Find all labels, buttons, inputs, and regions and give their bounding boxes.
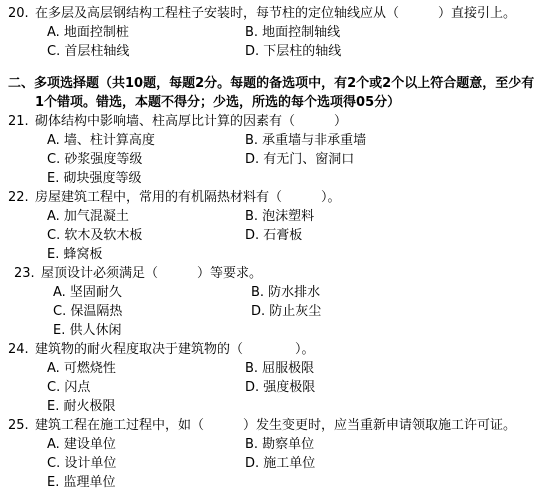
- exam-document: 20.在多层及高层钢结构工程柱子安装时，每节柱的定位轴线应从（ ）直接引上。A.…: [0, 0, 555, 492]
- option-a: A. 加气混凝土: [47, 207, 245, 226]
- question-stem-line: 23.屋顶设计必须满足（ ）等要求。: [14, 264, 551, 283]
- question-stem-line: 21.砌体结构中影响墙、柱高厚比计算的因素有（ ）: [8, 112, 551, 131]
- option-c: C. 软木及软木板: [47, 226, 245, 245]
- question-number: 25.: [8, 416, 35, 435]
- option-e: E. 砌块强度等级: [47, 169, 245, 188]
- question-25: 25.建筑工程在施工过程中，如（ ）发生变更时，应当重新申请领取施工许可证。A.…: [8, 416, 551, 492]
- question-22: 22.房屋建筑工程中，常用的有机隔热材料有（ ）。A. 加气混凝土B. 泡沫塑料…: [8, 188, 551, 264]
- question-number: 22.: [8, 188, 35, 207]
- question-21: 21.砌体结构中影响墙、柱高厚比计算的因素有（ ）A. 墙、柱计算高度B. 承重…: [8, 112, 551, 188]
- option-e: E. 供人休闲: [53, 321, 251, 340]
- option-e: E. 耐火极限: [47, 397, 245, 416]
- question-stem: 建筑物的耐火程度取决于建筑物的（ ）。: [35, 340, 315, 359]
- question-stem-line: 25.建筑工程在施工过程中，如（ ）发生变更时，应当重新申请领取施工许可证。: [8, 416, 551, 435]
- question-number: 24.: [8, 340, 35, 359]
- option-a: A. 地面控制桩: [47, 23, 245, 42]
- option-b: B. 屈服极限: [245, 359, 314, 378]
- section-header-line: 二、多项选择题（共10题，每题2分。每题的备选项中，有2个或2个以上符合题意，至…: [8, 74, 551, 93]
- option-b: B. 防水排水: [251, 283, 320, 302]
- option-d: D. 有无门、窗洞口: [245, 150, 354, 169]
- option-row: C. 闪点D. 强度极限: [8, 378, 551, 397]
- question-number: 20.: [8, 4, 35, 23]
- option-row: A. 可燃烧性B. 屈服极限: [8, 359, 551, 378]
- option-row: C. 砂浆强度等级D. 有无门、窗洞口: [8, 150, 551, 169]
- question-stem: 建筑工程在施工过程中，如（ ）发生变更时，应当重新申请领取施工许可证。: [35, 416, 516, 435]
- option-row: A. 墙、柱计算高度B. 承重墙与非承重墙: [8, 131, 551, 150]
- question-23: 23.屋顶设计必须满足（ ）等要求。A. 坚固耐久B. 防水排水C. 保温隔热D…: [8, 264, 551, 340]
- option-c: C. 设计单位: [47, 454, 245, 473]
- question-stem: 在多层及高层钢结构工程柱子安装时，每节柱的定位轴线应从（ ）直接引上。: [35, 4, 516, 23]
- option-c: C. 保温隔热: [53, 302, 251, 321]
- option-row: A. 坚固耐久B. 防水排水: [14, 283, 551, 302]
- option-row: C. 首层柱轴线D. 下层柱的轴线: [8, 42, 551, 61]
- option-row: E. 监理单位: [8, 473, 551, 492]
- option-row: E. 耐火极限: [8, 397, 551, 416]
- question-stem-line: 22.房屋建筑工程中，常用的有机隔热材料有（ ）。: [8, 188, 551, 207]
- question-stem-line: 24.建筑物的耐火程度取决于建筑物的（ ）。: [8, 340, 551, 359]
- option-a: A. 墙、柱计算高度: [47, 131, 245, 150]
- option-b: B. 勘察单位: [245, 435, 314, 454]
- question-24: 24.建筑物的耐火程度取决于建筑物的（ ）。A. 可燃烧性B. 屈服极限C. 闪…: [8, 340, 551, 416]
- option-b: B. 泡沫塑料: [245, 207, 314, 226]
- question-stem: 砌体结构中影响墙、柱高厚比计算的因素有（ ）: [35, 112, 347, 131]
- question-stem: 房屋建筑工程中，常用的有机隔热材料有（ ）。: [35, 188, 341, 207]
- question-number: 21.: [8, 112, 35, 131]
- option-e: E. 监理单位: [47, 473, 245, 492]
- option-row: A. 加气混凝土B. 泡沫塑料: [8, 207, 551, 226]
- option-row: A. 建设单位B. 勘察单位: [8, 435, 551, 454]
- option-b: B. 承重墙与非承重墙: [245, 131, 366, 150]
- option-a: A. 可燃烧性: [47, 359, 245, 378]
- question-number: 23.: [14, 264, 41, 283]
- option-row: C. 软木及软木板D. 石膏板: [8, 226, 551, 245]
- question-stem: 屋顶设计必须满足（ ）等要求。: [41, 264, 262, 283]
- question-20: 20.在多层及高层钢结构工程柱子安装时，每节柱的定位轴线应从（ ）直接引上。A.…: [8, 4, 551, 61]
- option-d: D. 防止灰尘: [251, 302, 321, 321]
- option-d: D. 强度极限: [245, 378, 315, 397]
- option-d: D. 石膏板: [245, 226, 302, 245]
- section-header: 二、多项选择题（共10题，每题2分。每题的备选项中，有2个或2个以上符合题意，至…: [8, 74, 551, 112]
- option-row: C. 保温隔热D. 防止灰尘: [14, 302, 551, 321]
- option-d: D. 施工单位: [245, 454, 315, 473]
- question-stem-line: 20.在多层及高层钢结构工程柱子安装时，每节柱的定位轴线应从（ ）直接引上。: [8, 4, 551, 23]
- option-c: C. 首层柱轴线: [47, 42, 245, 61]
- option-c: C. 闪点: [47, 378, 245, 397]
- option-row: A. 地面控制桩B. 地面控制轴线: [8, 23, 551, 42]
- option-a: A. 建设单位: [47, 435, 245, 454]
- option-c: C. 砂浆强度等级: [47, 150, 245, 169]
- section-header-line: 1个错项。错选，本题不得分；少选，所选的每个选项得05分）: [8, 93, 551, 112]
- option-row: E. 蜂窝板: [8, 245, 551, 264]
- option-d: D. 下层柱的轴线: [245, 42, 341, 61]
- option-e: E. 蜂窝板: [47, 245, 245, 264]
- option-row: C. 设计单位D. 施工单位: [8, 454, 551, 473]
- option-a: A. 坚固耐久: [53, 283, 251, 302]
- option-row: E. 砌块强度等级: [8, 169, 551, 188]
- option-b: B. 地面控制轴线: [245, 23, 340, 42]
- option-row: E. 供人休闲: [14, 321, 551, 340]
